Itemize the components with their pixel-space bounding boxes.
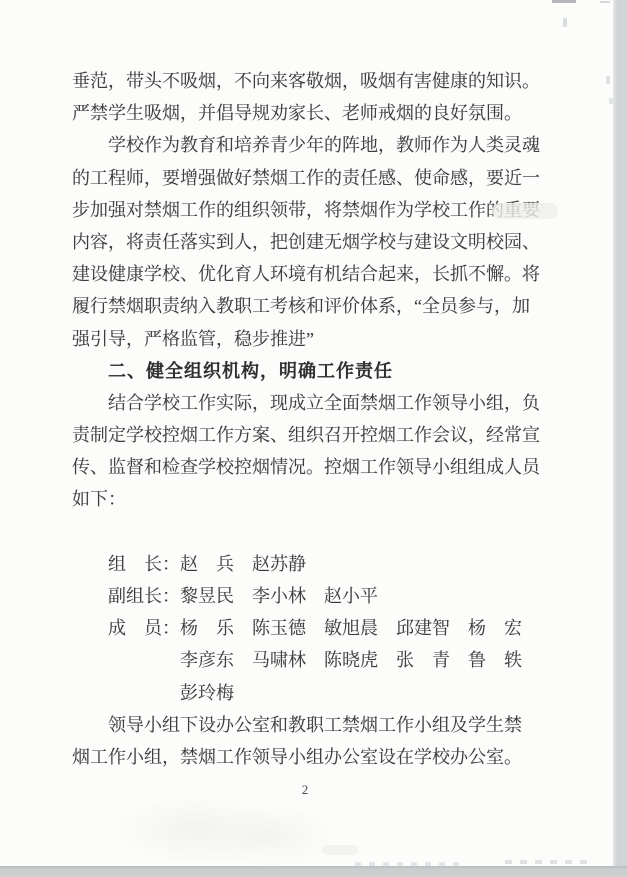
scan-artifact: [205, 805, 335, 867]
text-line: 步加强对禁烟工作的组织领带，将禁烟作为学校工作的重要: [72, 194, 552, 226]
text-line: 履行禁烟职责纳入教职工考核和评价体系，“全员参与，加: [72, 290, 552, 322]
text-line: 强引导，严格监管，稳步推进”: [72, 323, 552, 355]
page-number: 2: [0, 782, 610, 798]
text-line: 成 员：杨 乐 陈玉德 敏旭晨 邱建智 杨 宏: [72, 612, 552, 644]
text-line: 传、监督和检查学校控烟情况。控烟工作领导小组组成人员: [72, 451, 552, 483]
text-line: [72, 516, 552, 548]
scan-edge-right: [613, 0, 627, 877]
scanned-page: 垂范，带头不吸烟，不向来客敬烟，吸烟有害健康的知识。严禁学生吸烟，并倡导规劝家长…: [0, 0, 627, 877]
scan-artifact: [322, 845, 358, 855]
text-line: 严禁学生吸烟，并倡导规劝家长、老师戒烟的良好氛围。: [72, 97, 552, 129]
scan-artifact: [606, 76, 610, 84]
text-line: 的工程师，要增强做好禁烟工作的责任感、使命感，要近一: [72, 162, 552, 194]
text-line: 组 长：赵 兵 赵苏静: [72, 548, 552, 580]
text-line: 结合学校工作实际，现成立全面禁烟工作领导小组，负: [72, 387, 552, 419]
text-line: 李彦东 马啸林 陈晓虎 张 青 鲁 轶: [72, 644, 552, 676]
text-line: 责制定学校控烟工作方案、组织召开控烟工作会议，经常宣: [72, 419, 552, 451]
text-line: 建设健康学校、优化育人环境有机结合起来，长抓不懈。将: [72, 258, 552, 290]
text-line: 如下：: [72, 483, 552, 515]
scan-artifact: [600, 1, 610, 3]
text-line: 烟工作小组，禁烟工作领导小组办公室设在学校办公室。: [72, 741, 552, 773]
document-body: 垂范，带头不吸烟，不向来客敬烟，吸烟有害健康的知识。严禁学生吸烟，并倡导规劝家长…: [72, 65, 552, 773]
text-line: 副组长：黎昱民 李小林 赵小平: [72, 580, 552, 612]
scan-edge-bottom: [0, 866, 627, 877]
text-line: 学校作为教育和培养青少年的阵地，教师作为人类灵魂: [72, 129, 552, 161]
scan-artifact: [563, 18, 567, 27]
text-line: 垂范，带头不吸烟，不向来客敬烟，吸烟有害健康的知识。: [72, 65, 552, 97]
scan-artifact: [112, 795, 282, 865]
text-line: 领导小组下设办公室和教职工禁烟工作小组及学生禁: [72, 709, 552, 741]
section-heading: 二、健全组织机构，明确工作责任: [72, 355, 552, 387]
scan-artifact: [505, 860, 595, 864]
text-line: 内容，将责任落实到人，把创建无烟学校与建设文明校园、: [72, 226, 552, 258]
text-line: 彭玲梅: [72, 677, 552, 709]
scan-artifact: [552, 0, 576, 3]
